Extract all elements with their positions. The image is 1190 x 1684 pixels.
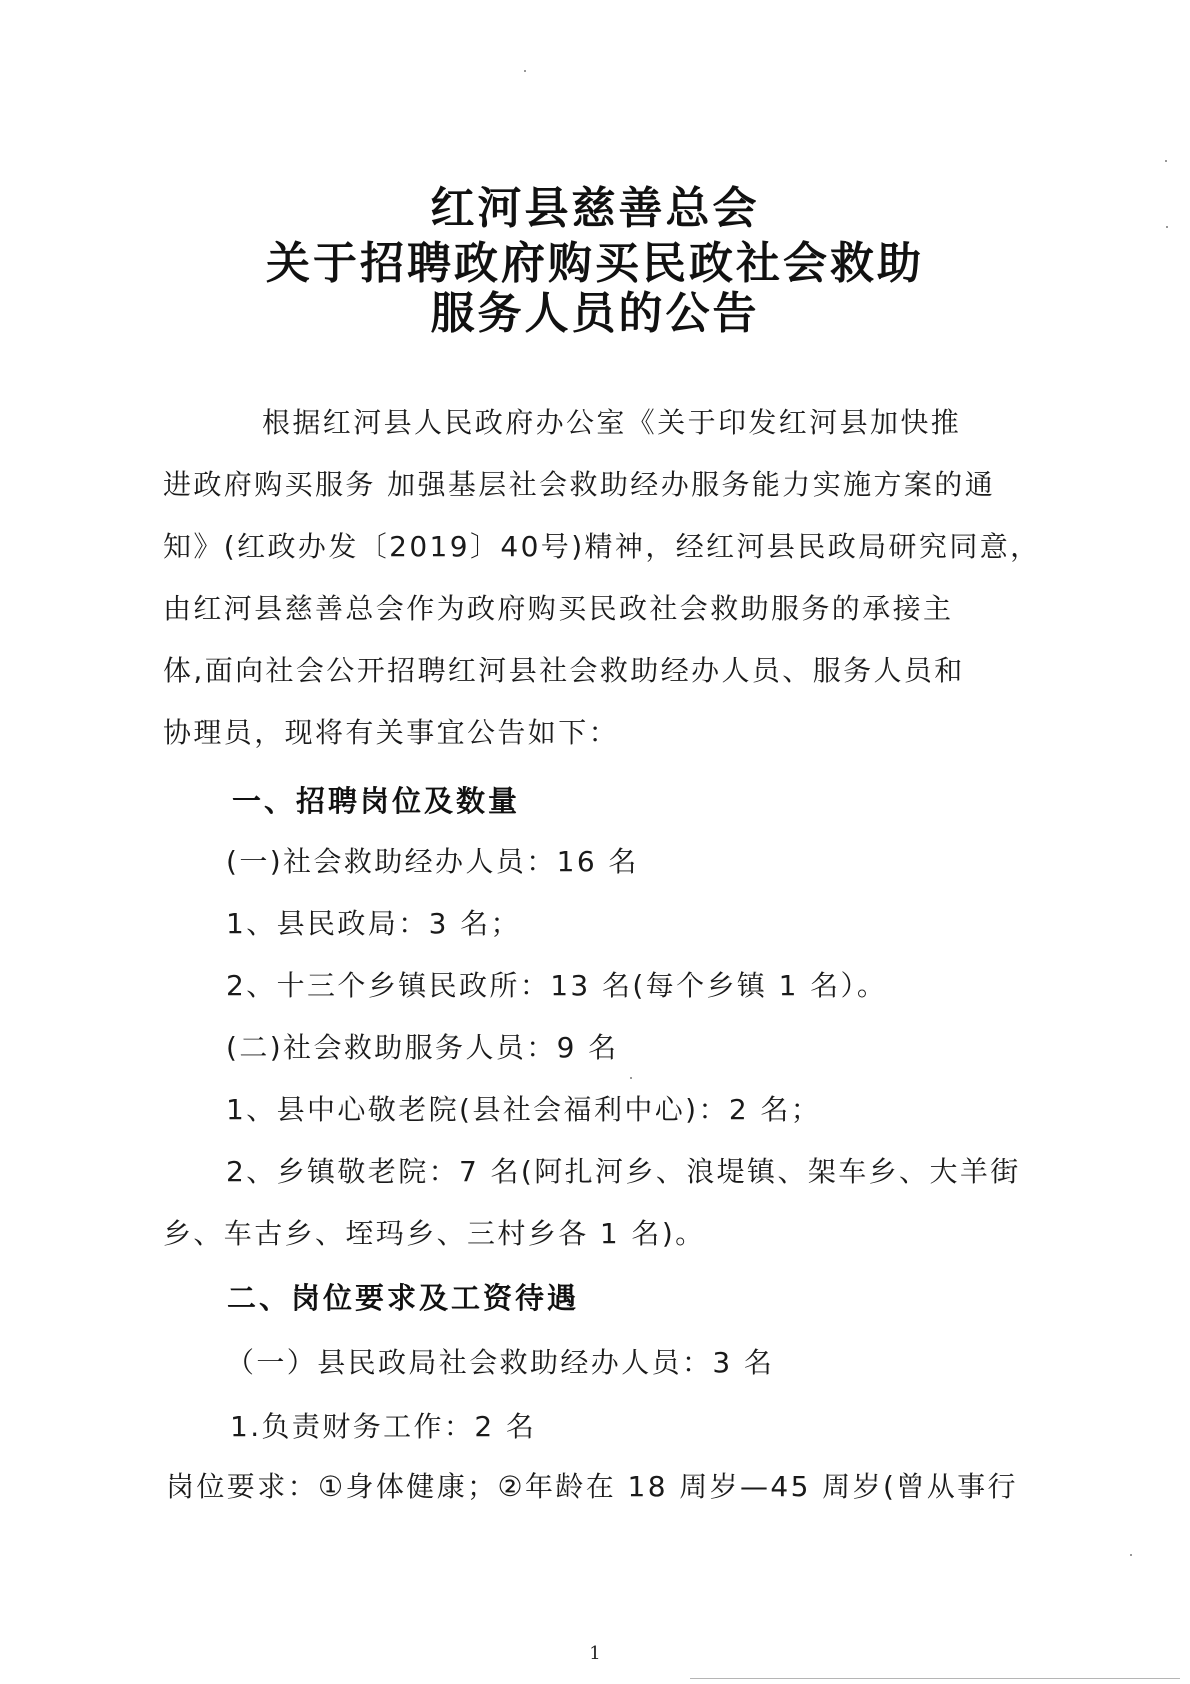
scan-speck <box>524 70 526 72</box>
scan-speck <box>1165 160 1167 162</box>
title-line-1: 红河县慈善总会 <box>0 183 1190 235</box>
intro-line-3: 知》(红政办发〔2019〕40号)精神，经红河县民政局研究同意， <box>163 527 1041 567</box>
section1-line-2: 1、县民政局：3 名； <box>226 904 521 944</box>
title-line-2: 关于招聘政府购买民政社会救助 <box>0 238 1190 290</box>
intro-line-5: 体,面向社会公开招聘红河县社会救助经办人员、服务人员和 <box>163 651 965 691</box>
section1-line-5: 1、县中心敬老院(县社会福利中心)：2 名； <box>226 1090 821 1130</box>
section2-line-3: 岗位要求：①身体健康；②年龄在 18 周岁—45 周岁(曾从事行 <box>166 1467 1018 1507</box>
section1-line-3: 2、十三个乡镇民政所：13 名(每个乡镇 1 名）。 <box>226 966 887 1006</box>
section1-line-4: (二)社会救助服务人员：9 名 <box>226 1028 619 1068</box>
page-number: 1 <box>0 1642 1190 1666</box>
section-heading-2: 二、岗位要求及工资待遇 <box>227 1278 579 1318</box>
section2-line-2: 1.负责财务工作：2 名 <box>230 1407 536 1447</box>
section1-line-7: 乡、车古乡、垤玛乡、三村乡各 1 名)。 <box>163 1214 706 1254</box>
title-line-3: 服务人员的公告 <box>0 288 1190 340</box>
section1-line-6: 2、乡镇敬老院：7 名(阿扎河乡、浪堤镇、架车乡、大羊街 <box>226 1152 1021 1192</box>
intro-line-4: 由红河县慈善总会作为政府购买民政社会救助服务的承接主 <box>163 589 953 629</box>
scan-edge-line <box>690 1678 1180 1679</box>
section2-line-1: （一）县民政局社会救助经办人员：3 名 <box>226 1343 774 1383</box>
scan-speck <box>630 1077 632 1079</box>
section1-line-1: (一)社会救助经办人员：16 名 <box>226 842 639 882</box>
document-page: 红河县慈善总会 关于招聘政府购买民政社会救助 服务人员的公告 根据红河县人民政府… <box>0 0 1190 1684</box>
intro-line-2: 进政府购买服务 加强基层社会救助经办服务能力实施方案的通 <box>163 465 995 505</box>
scan-speck <box>1166 226 1168 228</box>
intro-line-6: 协理员，现将有关事宜公告如下： <box>163 713 619 753</box>
intro-line-1: 根据红河县人民政府办公室《关于印发红河县加快推 <box>262 403 961 443</box>
scan-speck <box>1130 1554 1132 1556</box>
section-heading-1: 一、招聘岗位及数量 <box>232 781 520 821</box>
